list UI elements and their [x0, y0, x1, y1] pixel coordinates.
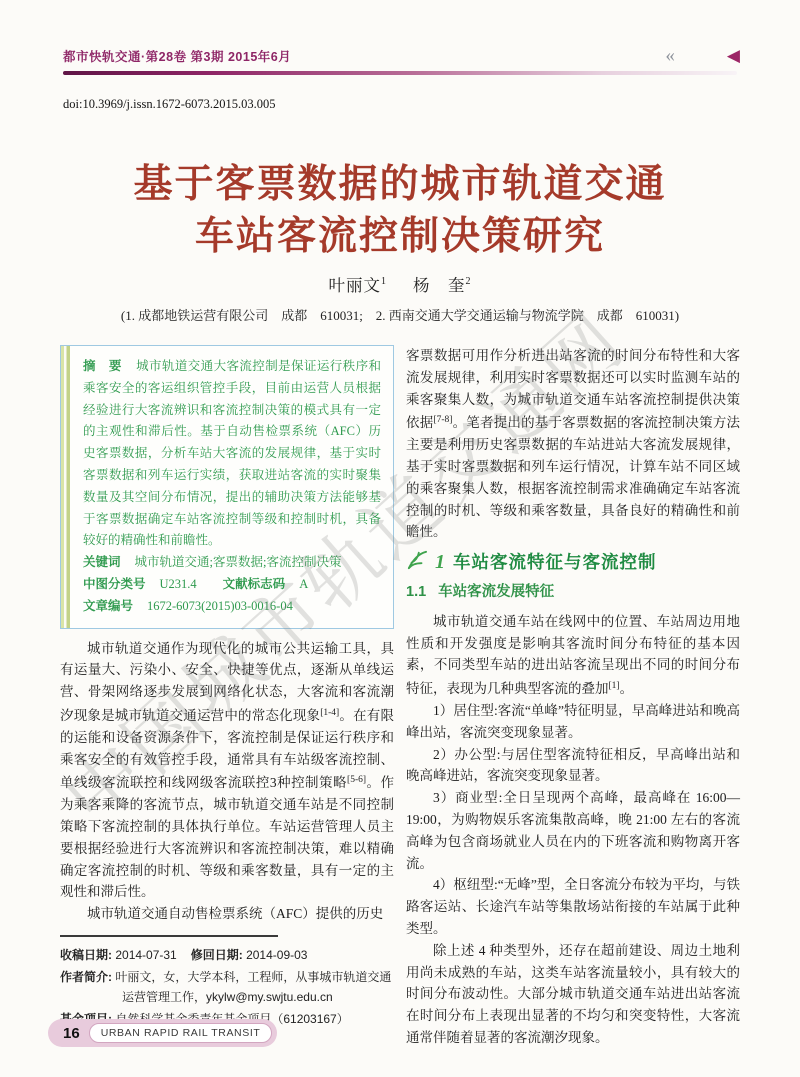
abstract-content: 摘 要城市轨道交通大客流控制是保证运行秩序和乘客安全的客运组织管控手段，目前由运…: [70, 346, 393, 628]
revised-value: 2014-09-03: [246, 948, 307, 962]
keywords-value: 城市轨道交通;客票数据;客流控制决策: [135, 555, 342, 569]
citation-ref: [5-6]: [347, 775, 366, 785]
article-title-line1: 基于客票数据的城市轨道交通: [133, 163, 666, 206]
bio-value: 叶丽文，女，大学本科，工程师，从事城市轨道交通运营管理工作，ykylw@my.s…: [115, 970, 391, 1004]
subsection-number: 1.1: [406, 582, 426, 604]
abstract-label: 摘 要: [83, 359, 122, 373]
author-name: 叶丽文: [329, 276, 382, 295]
paragraph-text: 。笔者提出的基于客票数据的客流控制决策方法主要是利用历史客票数据的车站进站大客流…: [406, 415, 740, 539]
body-paragraph: 除上述 4 种类型外，还存在超前建设、周边土地利用尚未成熟的车站，这类车站客流量…: [406, 940, 740, 1049]
two-column-body: 摘 要城市轨道交通大客流控制是保证运行秩序和乘客安全的客运组织管控手段，目前由运…: [60, 345, 740, 1049]
article-title-line2: 车站客流控制决策研究: [195, 215, 605, 258]
subsection-title: 车站客流发展特征: [438, 582, 554, 604]
clc-line: 中图分类号U231.4文献标志码A: [83, 574, 381, 596]
first-page-footnote: 收稿日期: 2014-07-31修回日期: 2014-09-03 作者简介: 叶…: [60, 935, 394, 1030]
right-column: 客票数据可用作分析进出站客流的时间分布特性和大客流发展规律，利用实时客票数据还可…: [406, 345, 740, 1049]
journal-issue-info: 都市快轨交通·第28卷 第3期 2015年6月: [63, 47, 291, 65]
header-gradient-rule: [63, 71, 737, 75]
section-1-heading: 1 车站客流特征与客流控制: [406, 550, 740, 576]
page-header: 都市快轨交通·第28卷 第3期 2015年6月 « ◀: [63, 46, 740, 65]
subsection-1-1-heading: 1.1 车站客流发展特征: [406, 582, 740, 604]
list-item-paragraph: 3）商业型:全日呈现两个高峰，最高峰在 16:00—19:00，为购物娱乐客流集…: [406, 787, 740, 874]
paragraph-text: 。: [620, 681, 634, 696]
doc-code-value: A: [299, 577, 308, 591]
keywords-label: 关键词: [83, 555, 121, 569]
abstract-box: 摘 要城市轨道交通大客流控制是保证运行秩序和乘客安全的客运组织管控手段，目前由运…: [60, 345, 394, 629]
journal-page: 中国城市轨道交通网 都市快轨交通·第28卷 第3期 2015年6月 « ◀ do…: [0, 0, 800, 1077]
footnote-rule: [60, 935, 278, 937]
citation-ref: [7-8]: [433, 415, 452, 425]
doi: doi:10.3969/j.issn.1672-6073.2015.03.005: [63, 97, 276, 112]
authors: 叶丽文1杨 奎2: [0, 272, 800, 296]
footnote-author-bio: 作者简介: 叶丽文，女，大学本科，工程师，从事城市轨道交通运营管理工作，ykyl…: [60, 968, 394, 1007]
page-footer: 16 URBAN RAPID RAIL TRANSIT: [48, 1019, 277, 1047]
bio-label: 作者简介:: [60, 970, 112, 984]
body-paragraph: 城市轨道交通自动售检票系统（AFC）提供的历史: [60, 903, 394, 925]
citation-ref: [1-4]: [320, 708, 339, 718]
list-item-paragraph: 4）枢纽型:“无峰”型，全日客流分布较为平均，与铁路客运站、长途汽车站等集散场站…: [406, 874, 740, 939]
article-title: 基于客票数据的城市轨道交通 车站客流控制决策研究: [0, 159, 800, 263]
body-paragraph: 客票数据可用作分析进出站客流的时间分布特性和大客流发展规律，利用实时客票数据还可…: [406, 345, 740, 543]
journal-english-name: URBAN RAPID RAIL TRANSIT: [89, 1023, 273, 1043]
received-value: 2014-07-31: [115, 948, 176, 962]
paragraph-text: 城市轨道交通车站在线网中的位置、车站周边用地性质和开发强度是影响其客流时间分布特…: [406, 614, 740, 696]
clc-label: 中图分类号: [83, 577, 146, 591]
header-icons: « ◀: [665, 46, 740, 65]
section-title: 车站客流特征与客流控制: [453, 552, 657, 574]
page-number: 16: [63, 1025, 80, 1042]
left-column: 摘 要城市轨道交通大客流控制是保证运行秩序和乘客安全的客运组织管控手段，目前由运…: [60, 345, 394, 1049]
affiliations: (1. 成都地铁运营有限公司 成都 610031; 2. 西南交通大学交通运输与…: [0, 305, 800, 324]
abstract-paragraph: 摘 要城市轨道交通大客流控制是保证运行秩序和乘客安全的客运组织管控手段，目前由运…: [83, 356, 381, 552]
list-item-paragraph: 1）居住型:客流“单峰”特征明显，早高峰进站和晚高峰出站，客流突变现象显著。: [406, 700, 740, 744]
article-no-value: 1672-6073(2015)03-0016-04: [147, 599, 293, 613]
author-affil-sup: 2: [466, 276, 472, 287]
guillemet-back-icon[interactable]: «: [665, 46, 675, 65]
doc-code-label: 文献标志码: [223, 577, 286, 591]
body-paragraph: 城市轨道交通车站在线网中的位置、车站周边用地性质和开发强度是影响其客流时间分布特…: [406, 611, 740, 700]
section-sprout-icon: [406, 550, 428, 576]
article-no-line: 文章编号1672-6073(2015)03-0016-04: [83, 596, 381, 618]
footnote-dates: 收稿日期: 2014-07-31修回日期: 2014-09-03: [60, 946, 394, 966]
keywords-line: 关键词城市轨道交通;客票数据;客流控制决策: [83, 552, 381, 574]
citation-ref: [1]: [609, 681, 620, 691]
abstract-left-bars: [61, 346, 70, 628]
section-number: 1: [435, 552, 446, 574]
bookmark-triangle-icon[interactable]: ◀: [727, 47, 740, 64]
body-paragraph: 城市轨道交通作为现代化的城市公共运输工具，具有运量大、污染小、安全、快捷等优点，…: [60, 638, 394, 904]
list-item-paragraph: 2）办公型:与居住型客流特征相反，早高峰出站和晚高峰进站，客流突变现象显著。: [406, 744, 740, 788]
revised-label: 修回日期:: [191, 948, 243, 962]
clc-value: U231.4: [160, 577, 197, 591]
paragraph-text: 。作为乘客乘降的客流节点，城市轨道交通车站是不同控制策略下客流控制的具体执行单位…: [60, 775, 394, 899]
author-affil-sup: 1: [381, 276, 387, 287]
author-name: 杨 奎: [413, 276, 466, 295]
abstract-text: 城市轨道交通大客流控制是保证运行秩序和乘客安全的客运组织管控手段，目前由运营人员…: [83, 359, 381, 547]
received-label: 收稿日期:: [60, 948, 112, 962]
article-no-label: 文章编号: [83, 599, 133, 613]
